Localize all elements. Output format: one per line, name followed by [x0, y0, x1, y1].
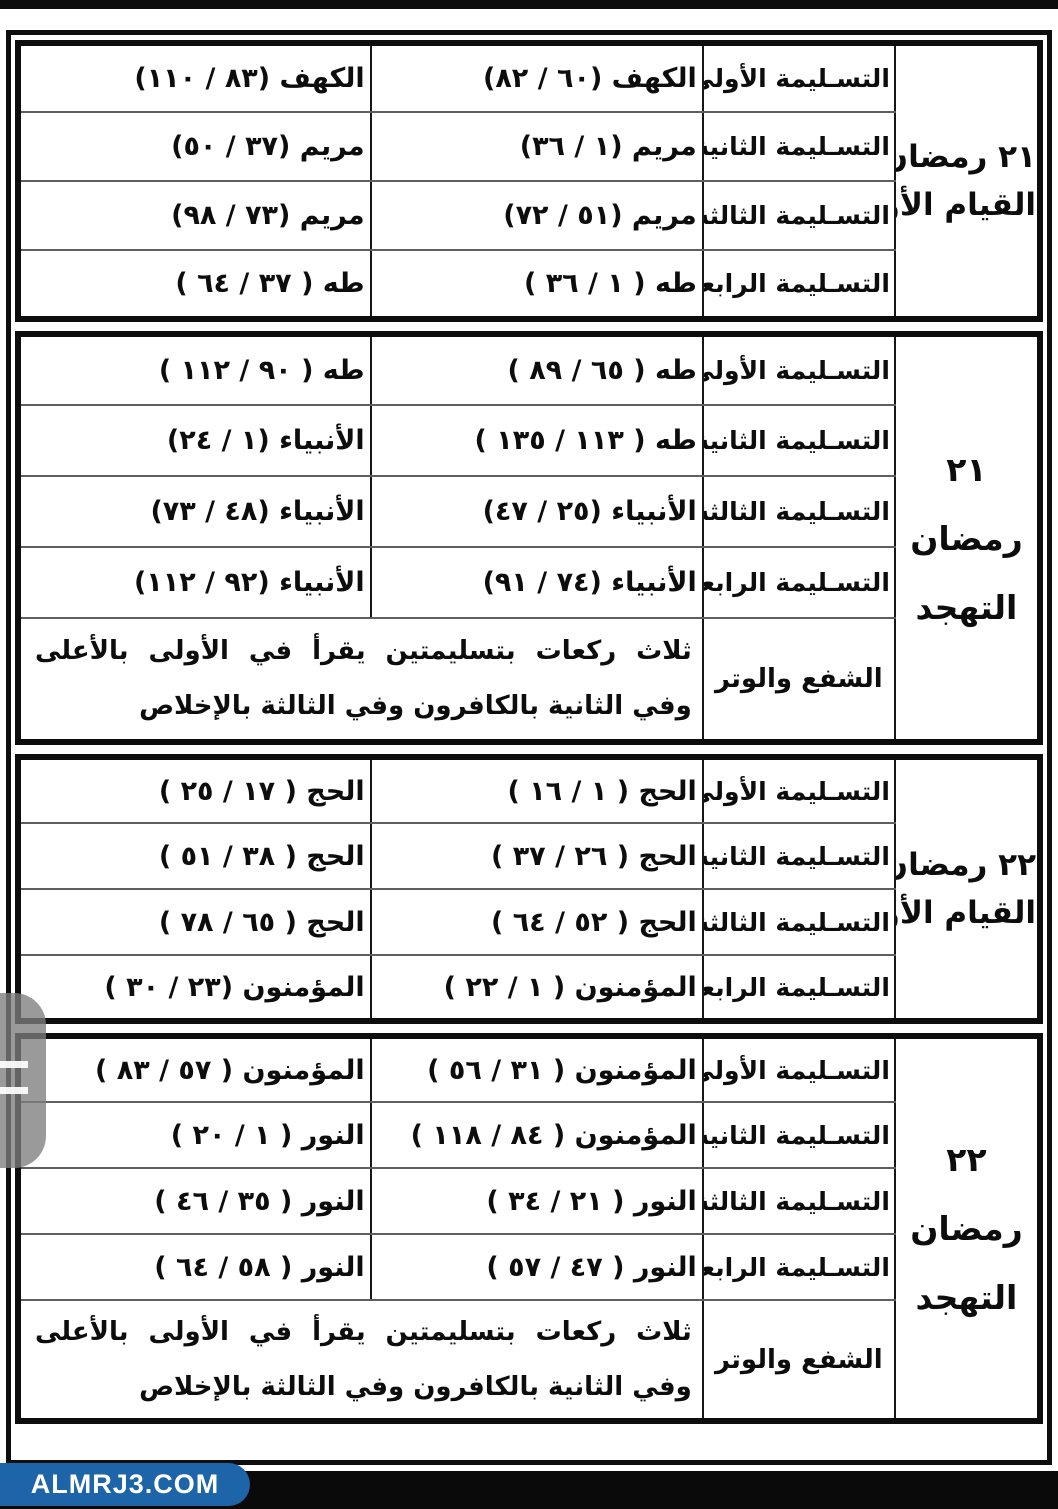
reading-first-half: الأنبياء (٧٤ / ٩١) [371, 547, 703, 618]
top-border-strip [0, 0, 1058, 9]
reading-second-half: طه ( ٩٠ / ١١٢ ) [18, 334, 371, 405]
handle-dash [0, 1087, 28, 1094]
tasleema-label: التسـليمة الثانية [703, 405, 895, 476]
section-header-line: القيام الأول [897, 190, 1036, 221]
tasleema-label: التسـليمة الثانية [703, 112, 895, 181]
reading-second-half: الحج ( ٣٨ / ٥١ ) [18, 823, 371, 889]
table-row: التسـليمة الرابعة النور ( ٤٧ / ٥٧ ) النو… [18, 1234, 1040, 1300]
reading-first-half: طه ( ٦٥ / ٨٩ ) [371, 334, 703, 405]
reading-first-half: مريم (٥١ / ٧٢) [371, 181, 703, 250]
section-header-22-qiyam: ٢٢ رمضان القيام الأول [895, 757, 1040, 1021]
reading-second-half: مريم (٧٣ / ٩٨) [18, 181, 371, 250]
table-row: التسـليمة الثالثة مريم (٥١ / ٧٢) مريم (٧… [18, 181, 1040, 250]
reading-second-half: النور ( ٣٥ / ٤٦ ) [18, 1168, 371, 1234]
floating-side-handle[interactable] [0, 993, 46, 1168]
tasleema-label: التسـليمة الثانية [703, 1102, 895, 1168]
schedule-table-22-tahajjud: ٢٢ رمضان التهجد التسـليمة الأولى المؤمنو… [15, 1033, 1043, 1424]
schedule-table-21-tahajjud: ٢١ رمضان التهجد التسـليمة الأولى طه ( ٦٥… [15, 331, 1043, 745]
reading-first-half: مريم (١ / ٣٦) [371, 112, 703, 181]
shafa-witr-row: الشفع والوتر ثلاث ركعات بتسليمتين يقرأ ف… [18, 1300, 1040, 1421]
shafa-witr-instructions: ثلاث ركعات بتسليمتين يقرأ في الأولى بالأ… [18, 618, 703, 742]
section-header-line: ٢١ [897, 453, 1036, 486]
reading-second-half: مريم (٣٧ / ٥٠) [18, 112, 371, 181]
tasleema-label: التسـليمة الأولى [703, 1036, 895, 1102]
reading-second-half: المؤمنون ( ٥٧ / ٨٣ ) [18, 1036, 371, 1102]
section-header-line: رمضان [897, 1212, 1036, 1245]
section-header-line: التهجد [897, 1281, 1036, 1314]
reading-first-half: المؤمنون ( ١ / ٢٢ ) [371, 955, 703, 1021]
tasleema-label: التسـليمة الرابعة [703, 547, 895, 618]
tasleema-label: التسـليمة الرابعة [703, 1234, 895, 1300]
section-header-line: ٢٢ [897, 1143, 1036, 1176]
table-row: التسـليمة الثالثة الأنبياء (٢٥ / ٤٧) الأ… [18, 476, 1040, 547]
section-header-22-tahajjud: ٢٢ رمضان التهجد [895, 1036, 1040, 1421]
section-header-line: ٢١ رمضان [897, 142, 1036, 173]
schedule-table-21-qiyam: ٢١ رمضان القيام الأول التسـليمة الأولى ا… [15, 40, 1043, 322]
reading-second-half: المؤمنون (٢٣ / ٣٠ ) [18, 955, 371, 1021]
reading-second-half: الكهف (٨٣ / ١١٠) [18, 43, 371, 112]
outer-frame: ٢١ رمضان القيام الأول التسـليمة الأولى ا… [6, 30, 1052, 1465]
table-row: التسـليمة الرابعة طه ( ١ / ٣٦ ) طه ( ٣٧ … [18, 250, 1040, 319]
reading-first-half: المؤمنون ( ٨٤ / ١١٨ ) [371, 1102, 703, 1168]
tasleema-label: التسـليمة الرابعة [703, 955, 895, 1021]
ramadan-prayer-schedule-page: ٢١ رمضان القيام الأول التسـليمة الأولى ا… [0, 0, 1058, 1509]
reading-first-half: الأنبياء (٢٥ / ٤٧) [371, 476, 703, 547]
reading-second-half: طه ( ٣٧ / ٦٤ ) [18, 250, 371, 319]
table-row: ٢٢ رمضان القيام الأول التسـليمة الأولى ا… [18, 757, 1040, 823]
reading-first-half: المؤمنون ( ٣١ / ٥٦ ) [371, 1036, 703, 1102]
tasleema-label: التسـليمة الأولى [703, 757, 895, 823]
table-row: ٢١ رمضان القيام الأول التسـليمة الأولى ا… [18, 43, 1040, 112]
tasleema-label: التسـليمة الثالثة [703, 181, 895, 250]
table-row: التسـليمة الثانية المؤمنون ( ٨٤ / ١١٨ ) … [18, 1102, 1040, 1168]
section-header-line: ٢٢ رمضان [897, 850, 1036, 881]
reading-first-half: الكهف (٦٠ / ٨٢) [371, 43, 703, 112]
table-row: التسـليمة الثالثة الحج ( ٥٢ / ٦٤ ) الحج … [18, 889, 1040, 955]
table-row: التسـليمة الرابعة المؤمنون ( ١ / ٢٢ ) ال… [18, 955, 1040, 1021]
reading-first-half: الحج ( ٥٢ / ٦٤ ) [371, 889, 703, 955]
section-header-line: التهجد [897, 591, 1036, 624]
reading-second-half: الأنبياء (٩٢ / ١١٢) [18, 547, 371, 618]
tasleema-label: التسـليمة الأولى [703, 43, 895, 112]
reading-first-half: طه ( ١١٣ / ١٣٥ ) [371, 405, 703, 476]
shafa-witr-label: الشفع والوتر [703, 1300, 895, 1421]
section-header-line: القيام الأول [897, 898, 1036, 929]
tasleema-label: التسـليمة الثالثة [703, 476, 895, 547]
reading-first-half: الحج ( ١ / ١٦ ) [371, 757, 703, 823]
tasleema-label: التسـليمة الثالثة [703, 889, 895, 955]
reading-second-half: الأنبياء (١ / ٢٤) [18, 405, 371, 476]
reading-first-half: طه ( ١ / ٣٦ ) [371, 250, 703, 319]
table-row: التسـليمة الثانية الحج ( ٢٦ / ٣٧ ) الحج … [18, 823, 1040, 889]
reading-second-half: الحج ( ٦٥ / ٧٨ ) [18, 889, 371, 955]
reading-second-half: الحج ( ١٧ / ٢٥ ) [18, 757, 371, 823]
reading-second-half: النور ( ١ / ٢٠ ) [18, 1102, 371, 1168]
tasleema-label: التسـليمة الأولى [703, 334, 895, 405]
reading-second-half: الأنبياء (٤٨ / ٧٣) [18, 476, 371, 547]
table-row: ٢١ رمضان التهجد التسـليمة الأولى طه ( ٦٥… [18, 334, 1040, 405]
table-row: ٢٢ رمضان التهجد التسـليمة الأولى المؤمنو… [18, 1036, 1040, 1102]
table-row: التسـليمة الثانية مريم (١ / ٣٦) مريم (٣٧… [18, 112, 1040, 181]
tasleema-label: التسـليمة الثالثة [703, 1168, 895, 1234]
table-row: التسـليمة الثانية طه ( ١١٣ / ١٣٥ ) الأنب… [18, 405, 1040, 476]
shafa-witr-row: الشفع والوتر ثلاث ركعات بتسليمتين يقرأ ف… [18, 618, 1040, 742]
table-row: التسـليمة الرابعة الأنبياء (٧٤ / ٩١) الأ… [18, 547, 1040, 618]
reading-first-half: الحج ( ٢٦ / ٣٧ ) [371, 823, 703, 889]
tasleema-label: التسـليمة الرابعة [703, 250, 895, 319]
shafa-witr-label: الشفع والوتر [703, 618, 895, 742]
handle-dash [0, 1061, 28, 1068]
section-header-line: رمضان [897, 522, 1036, 555]
reading-first-half: النور ( ٢١ / ٣٤ ) [371, 1168, 703, 1234]
section-header-21-tahajjud: ٢١ رمضان التهجد [895, 334, 1040, 742]
almrj3-watermark: ALMRJ3.COM [0, 1463, 250, 1506]
table-row: التسـليمة الثالثة النور ( ٢١ / ٣٤ ) النو… [18, 1168, 1040, 1234]
section-header-21-qiyam: ٢١ رمضان القيام الأول [895, 43, 1040, 319]
shafa-witr-instructions: ثلاث ركعات بتسليمتين يقرأ في الأولى بالأ… [18, 1300, 703, 1421]
schedule-table-22-qiyam: ٢٢ رمضان القيام الأول التسـليمة الأولى ا… [15, 754, 1043, 1024]
reading-first-half: النور ( ٤٧ / ٥٧ ) [371, 1234, 703, 1300]
tasleema-label: التسـليمة الثانية [703, 823, 895, 889]
reading-second-half: النور ( ٥٨ / ٦٤ ) [18, 1234, 371, 1300]
